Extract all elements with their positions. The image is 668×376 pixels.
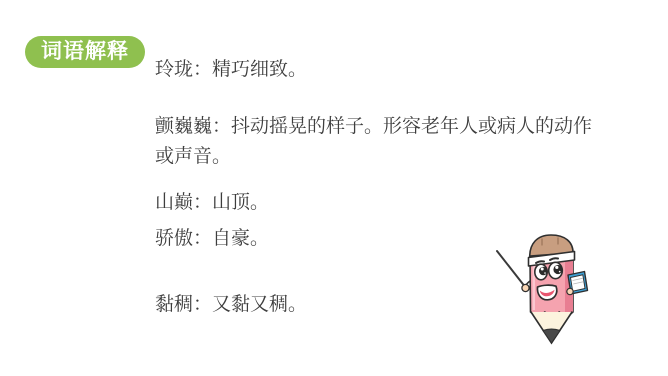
section-badge: 词语解释 xyxy=(25,36,145,68)
right-hand xyxy=(567,288,573,294)
slide: 词语解释 玲珑：精巧细致。 颤巍巍：抖动摇晃的样子。形容老年人或病人的动作或声音… xyxy=(0,0,668,376)
pencil-mascot-svg xyxy=(480,228,595,350)
definition-line: 山巅：山顶。 xyxy=(155,188,600,218)
left-hand xyxy=(522,284,529,291)
pointer-stick xyxy=(497,251,526,288)
pencil-mascot-icon xyxy=(480,228,595,350)
mouth xyxy=(537,285,556,300)
pencil-tip xyxy=(543,329,560,343)
definition-line: 玲珑：精巧细致。 xyxy=(155,55,600,85)
definition-line: 颤巍巍：抖动摇晃的样子。形容老年人或病人的动作或声音。 xyxy=(155,112,600,172)
